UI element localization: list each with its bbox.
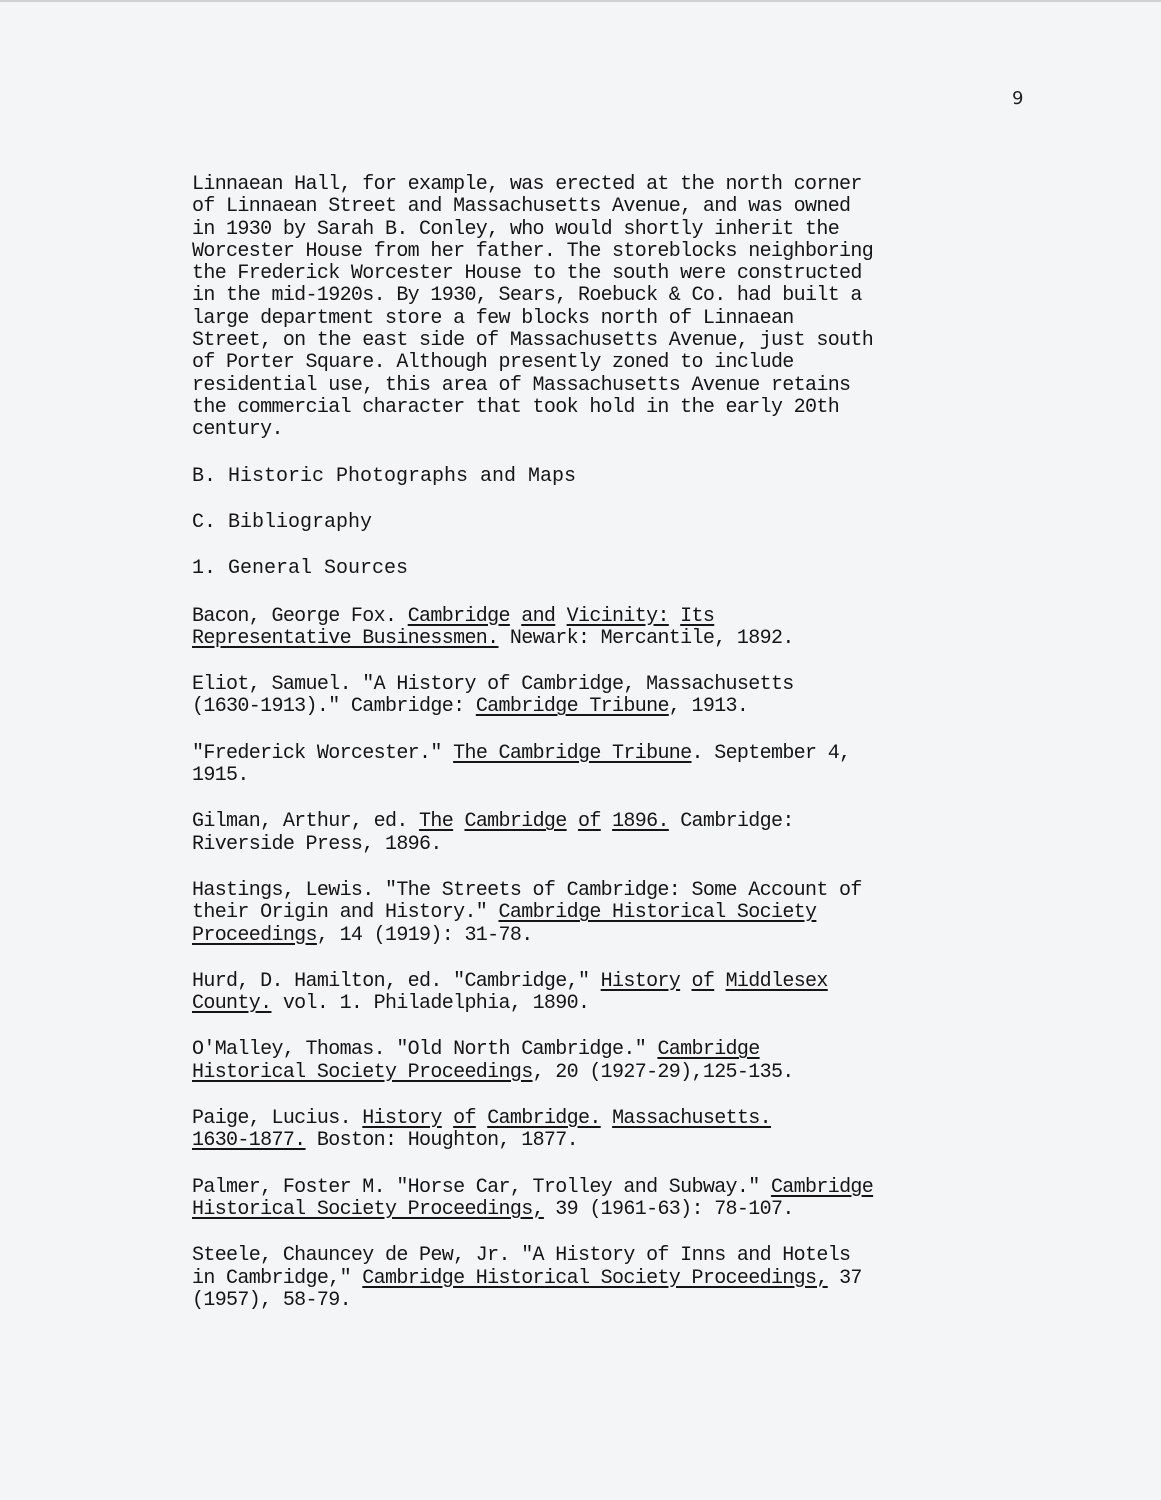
entry-line: (1630-1913)." Cambridge: Cambridge Tribu… xyxy=(192,696,1032,718)
heading-bibliography: C. Bibliography xyxy=(192,512,1032,534)
entry-text: vol. 1. Philadelphia, 1890. xyxy=(271,992,589,1015)
underlined-title: Cambridge Historical Society xyxy=(499,901,817,924)
entry-line: 1630-1877. Boston: Houghton, 1877. xyxy=(192,1130,1032,1152)
paragraph-line: residential use, this area of Massachuse… xyxy=(192,375,1032,397)
underlined-title: Its xyxy=(680,605,714,628)
underlined-title: Massachusetts. xyxy=(612,1107,771,1130)
underlined-title: of xyxy=(578,810,601,833)
bibliography-entry: Bacon, George Fox. Cambridge and Vicinit… xyxy=(192,606,1032,651)
bibliography-entry: Hastings, Lewis. "The Streets of Cambrid… xyxy=(192,880,1032,947)
entry-text: , 1913. xyxy=(669,695,748,718)
bibliography-list: Bacon, George Fox. Cambridge and Vicinit… xyxy=(192,606,1032,1313)
paragraph-line: century. xyxy=(192,419,1032,441)
heading-historic-photographs: B. Historic Photographs and Maps xyxy=(192,466,1032,488)
underlined-title: Cambridge Tribune xyxy=(476,695,669,718)
paragraph-line: in the mid-1920s. By 1930, Sears, Roebuc… xyxy=(192,285,1032,307)
paragraph-line: of Porter Square. Although presently zon… xyxy=(192,352,1032,374)
entry-line: County. vol. 1. Philadelphia, 1890. xyxy=(192,993,1032,1015)
underlined-title: History xyxy=(601,970,680,993)
underlined-title: 1630-1877. xyxy=(192,1129,306,1152)
bibliography-entry: Steele, Chauncey de Pew, Jr. "A History … xyxy=(192,1245,1032,1312)
underlined-title: Cambridge xyxy=(657,1038,759,1061)
entry-text: (1957), 58-79. xyxy=(192,1289,351,1312)
paragraph-line: the commercial character that took hold … xyxy=(192,397,1032,419)
underlined-title: of xyxy=(692,970,715,993)
entry-text: 1915. xyxy=(192,764,249,787)
paragraph-line: Street, on the east side of Massachusett… xyxy=(192,330,1032,352)
entry-text: O'Malley, Thomas. "Old North Cambridge." xyxy=(192,1038,657,1061)
entry-line: Historical Society Proceedings, 20 (1927… xyxy=(192,1062,1032,1084)
bibliography-entry: "Frederick Worcester." The Cambridge Tri… xyxy=(192,743,1032,788)
entry-line: Riverside Press, 1896. xyxy=(192,834,1032,856)
paragraph-line: Worcester House from her father. The sto… xyxy=(192,241,1032,263)
underlined-title: The Cambridge Tribune xyxy=(453,742,691,765)
underlined-title: Cambridge. xyxy=(487,1107,601,1130)
entry-text: Boston: Houghton, 1877. xyxy=(306,1129,578,1152)
entry-text: (1630-1913)." Cambridge: xyxy=(192,695,476,718)
entry-line: Paige, Lucius. History of Cambridge. Mas… xyxy=(192,1108,1032,1130)
entry-text: 39 (1961-63): 78-107. xyxy=(544,1198,794,1221)
underlined-title: Cambridge Historical Society Proceedings… xyxy=(362,1267,827,1290)
paragraph-line: in 1930 by Sarah B. Conley, who would sh… xyxy=(192,219,1032,241)
underlined-title: Representative Businessmen. xyxy=(192,627,499,650)
entry-text: 37 xyxy=(828,1267,862,1290)
bibliography-entry: Eliot, Samuel. "A History of Cambridge, … xyxy=(192,674,1032,719)
entry-text: Newark: Mercantile, 1892. xyxy=(499,627,794,650)
underlined-title: Cambridge xyxy=(408,605,510,628)
entry-line: 1915. xyxy=(192,765,1032,787)
page-number: 9 xyxy=(1012,88,1023,109)
paragraph-line: the Frederick Worcester House to the sou… xyxy=(192,263,1032,285)
underlined-title: History xyxy=(362,1107,441,1130)
bibliography-entry: Palmer, Foster M. "Horse Car, Trolley an… xyxy=(192,1177,1032,1222)
entry-line: "Frederick Worcester." The Cambridge Tri… xyxy=(192,743,1032,765)
paragraph-line: large department store a few blocks nort… xyxy=(192,308,1032,330)
entry-text: Palmer, Foster M. "Horse Car, Trolley an… xyxy=(192,1176,771,1199)
entry-text xyxy=(669,605,680,628)
underlined-title: County. xyxy=(192,992,271,1015)
entry-text xyxy=(601,1107,612,1130)
entry-text: Gilman, Arthur, ed. xyxy=(192,810,419,833)
bibliography-entry: Paige, Lucius. History of Cambridge. Mas… xyxy=(192,1108,1032,1153)
page-edge xyxy=(0,0,1161,2)
entry-text xyxy=(567,810,578,833)
entry-line: Historical Society Proceedings, 39 (1961… xyxy=(192,1199,1032,1221)
entry-line: Proceedings, 14 (1919): 31-78. xyxy=(192,925,1032,947)
underlined-title: Cambridge xyxy=(771,1176,873,1199)
entry-line: O'Malley, Thomas. "Old North Cambridge."… xyxy=(192,1039,1032,1061)
underlined-title: of xyxy=(453,1107,476,1130)
entry-line: Hastings, Lewis. "The Streets of Cambrid… xyxy=(192,880,1032,902)
document-body: Linnaean Hall, for example, was erected … xyxy=(192,174,1032,1312)
entry-text: Cambridge: xyxy=(669,810,794,833)
underlined-title: 1896. xyxy=(612,810,669,833)
entry-text xyxy=(476,1107,487,1130)
entry-line: in Cambridge," Cambridge Historical Soci… xyxy=(192,1268,1032,1290)
underlined-title: The xyxy=(419,810,453,833)
underlined-title: Middlesex xyxy=(726,970,828,993)
entry-line: their Origin and History." Cambridge His… xyxy=(192,902,1032,924)
entry-text xyxy=(510,605,521,628)
entry-line: Representative Businessmen. Newark: Merc… xyxy=(192,628,1032,650)
entry-text: Hurd, D. Hamilton, ed. "Cambridge," xyxy=(192,970,601,993)
entry-text: their Origin and History." xyxy=(192,901,499,924)
paragraph-line: Linnaean Hall, for example, was erected … xyxy=(192,174,1032,196)
entry-line: Steele, Chauncey de Pew, Jr. "A History … xyxy=(192,1245,1032,1267)
entry-text xyxy=(714,970,725,993)
bibliography-entry: Gilman, Arthur, ed. The Cambridge of 189… xyxy=(192,811,1032,856)
entry-text: Eliot, Samuel. "A History of Cambridge, … xyxy=(192,673,794,696)
underlined-title: Vicinity: xyxy=(567,605,669,628)
entry-line: Hurd, D. Hamilton, ed. "Cambridge," Hist… xyxy=(192,971,1032,993)
entry-text xyxy=(555,605,566,628)
entry-text: . September 4, xyxy=(692,742,851,765)
bibliography-entry: O'Malley, Thomas. "Old North Cambridge."… xyxy=(192,1039,1032,1084)
underlined-title: Cambridge xyxy=(464,810,566,833)
entry-text xyxy=(453,810,464,833)
entry-text: "Frederick Worcester." xyxy=(192,742,453,765)
entry-line: Bacon, George Fox. Cambridge and Vicinit… xyxy=(192,606,1032,628)
entry-text: Riverside Press, 1896. xyxy=(192,833,442,856)
entry-line: Palmer, Foster M. "Horse Car, Trolley an… xyxy=(192,1177,1032,1199)
underlined-title: Historical Society Proceedings xyxy=(192,1061,533,1084)
entry-text: , 20 (1927-29),125-135. xyxy=(533,1061,794,1084)
heading-general-sources: 1. General Sources xyxy=(192,558,1032,580)
entry-text: Steele, Chauncey de Pew, Jr. "A History … xyxy=(192,1244,850,1267)
paragraph-line: of Linnaean Street and Massachusetts Ave… xyxy=(192,196,1032,218)
bibliography-entry: Hurd, D. Hamilton, ed. "Cambridge," Hist… xyxy=(192,971,1032,1016)
underlined-title: Historical Society Proceedings, xyxy=(192,1198,544,1221)
entry-text: Hastings, Lewis. "The Streets of Cambrid… xyxy=(192,879,862,902)
entry-text xyxy=(601,810,612,833)
underlined-title: Proceedings xyxy=(192,924,317,947)
underlined-title: and xyxy=(521,605,555,628)
entry-line: (1957), 58-79. xyxy=(192,1290,1032,1312)
body-paragraph: Linnaean Hall, for example, was erected … xyxy=(192,174,1032,442)
entry-text xyxy=(442,1107,453,1130)
entry-text: Bacon, George Fox. xyxy=(192,605,408,628)
entry-text: , 14 (1919): 31-78. xyxy=(317,924,533,947)
entry-line: Gilman, Arthur, ed. The Cambridge of 189… xyxy=(192,811,1032,833)
entry-text: in Cambridge," xyxy=(192,1267,362,1290)
entry-text xyxy=(680,970,691,993)
entry-text: Paige, Lucius. xyxy=(192,1107,362,1130)
entry-line: Eliot, Samuel. "A History of Cambridge, … xyxy=(192,674,1032,696)
